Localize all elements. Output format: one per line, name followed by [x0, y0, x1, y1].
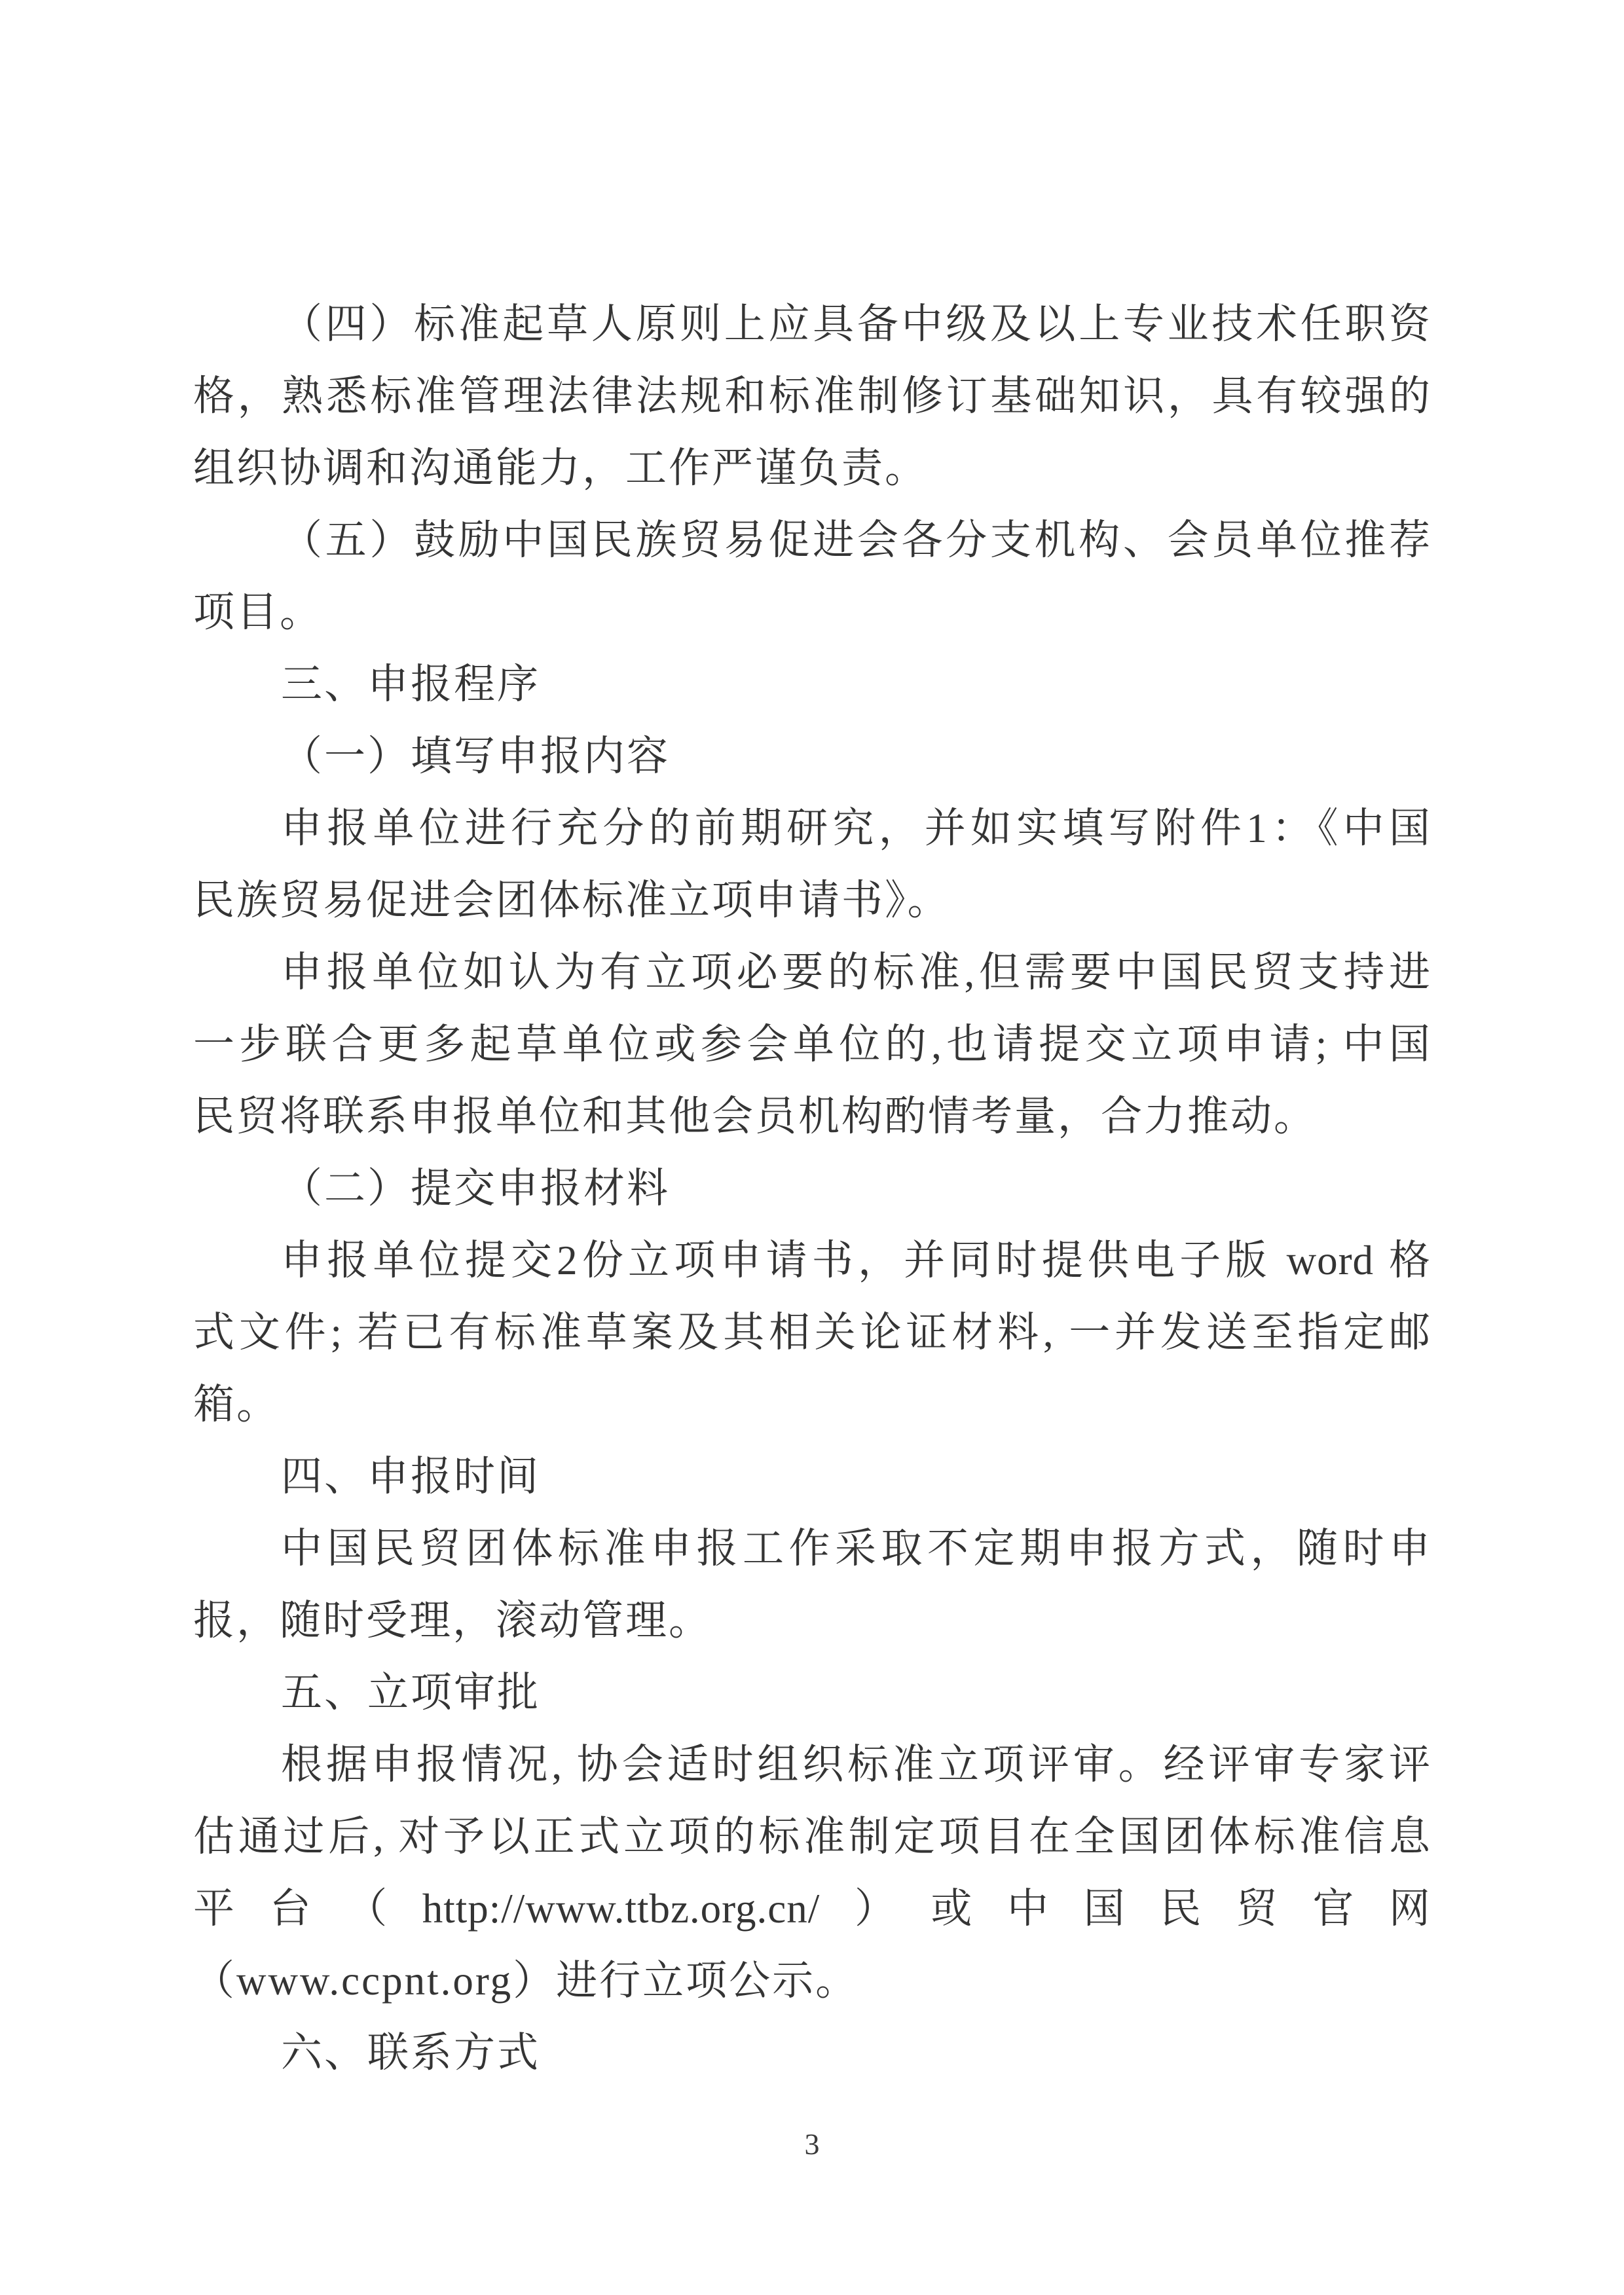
text-line: （www.ccpnt.org）进行立项公示。 — [193, 1945, 1431, 2017]
text-line: 三、申报程序 — [193, 648, 1431, 720]
text-line: （五）鼓励中国民族贸易促进会各分支机构、会员单位推荐 — [193, 504, 1431, 576]
text-line: 根据申报情况, 协会适时组织标准立项评审。经评审专家评 — [193, 1729, 1431, 1801]
text-line: 报，随时受理，滚动管理。 — [193, 1585, 1431, 1657]
document-body: （四）标准起草人原则上应具备中级及以上专业技术任职资格，熟悉标准管理法律法规和标… — [193, 288, 1431, 2089]
text-line: 估通过后, 对予以正式立项的标准制定项目在全国团体标准信息 — [193, 1801, 1431, 1873]
text-line: 申报单位如认为有立项必要的标准,但需要中国民贸支持进 — [193, 936, 1431, 1008]
text-line: 平台（http://www.ttbz.org.cn/）或中国民贸官网 — [193, 1873, 1431, 1945]
text-line: 民族贸易促进会团体标准立项申请书》。 — [193, 864, 1431, 936]
text-line: 民贸将联系申报单位和其他会员机构酌情考量，合力推动。 — [193, 1080, 1431, 1152]
text-line: （一）填写申报内容 — [193, 720, 1431, 792]
document-page: （四）标准起草人原则上应具备中级及以上专业技术任职资格，熟悉标准管理法律法规和标… — [0, 0, 1624, 2295]
text-line: 四、申报时间 — [193, 1441, 1431, 1513]
page-number: 3 — [0, 2125, 1624, 2164]
text-line: 箱。 — [193, 1368, 1431, 1441]
text-line: 六、联系方式 — [193, 2017, 1431, 2089]
text-line: （二）提交申报材料 — [193, 1152, 1431, 1224]
text-line: 格，熟悉标准管理法律法规和标准制修订基础知识，具有较强的 — [193, 360, 1431, 432]
text-line: 项目。 — [193, 576, 1431, 648]
text-line: 五、立项审批 — [193, 1657, 1431, 1729]
text-line: 组织协调和沟通能力，工作严谨负责。 — [193, 432, 1431, 504]
text-line: （四）标准起草人原则上应具备中级及以上专业技术任职资 — [193, 288, 1431, 360]
text-line: 式文件; 若已有标准草案及其相关论证材料, 一并发送至指定邮 — [193, 1296, 1431, 1368]
text-line: 中国民贸团体标准申报工作采取不定期申报方式，随时申 — [193, 1513, 1431, 1585]
text-line: 一步联合更多起草单位或参会单位的,也请提交立项申请; 中国 — [193, 1008, 1431, 1080]
text-line: 申报单位进行充分的前期研究，并如实填写附件1：《中国 — [193, 792, 1431, 864]
text-line: 申报单位提交2份立项申请书，并同时提供电子版 word 格 — [193, 1224, 1431, 1296]
